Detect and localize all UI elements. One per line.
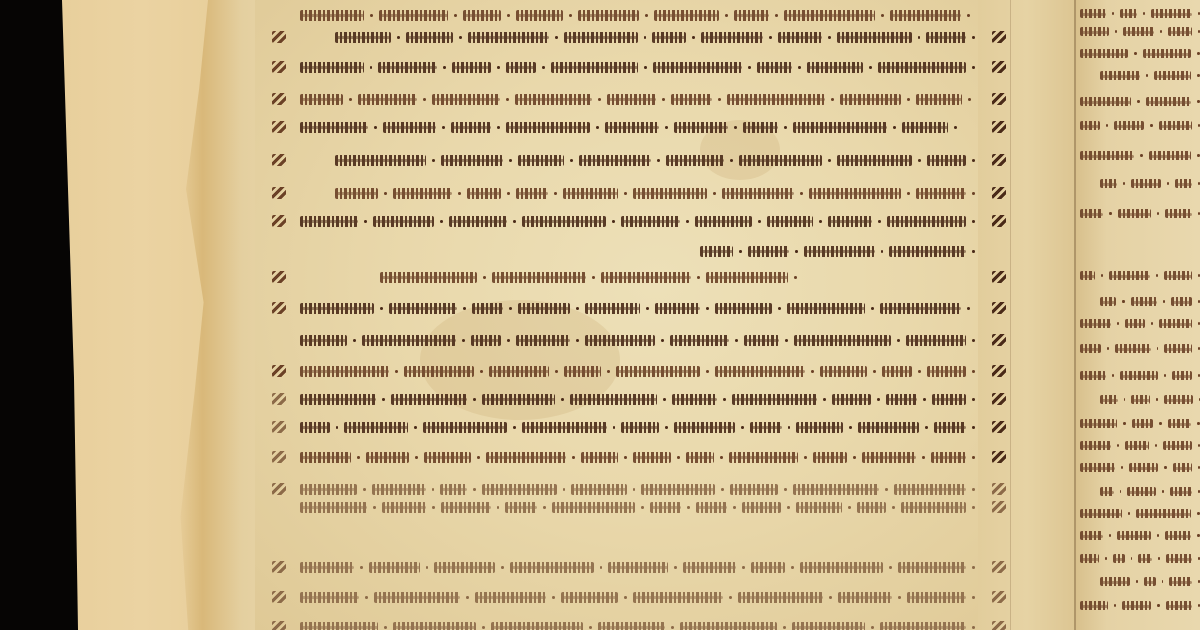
left-marginal-mark [272, 271, 286, 283]
script-line [300, 214, 975, 228]
marginal-letter [992, 501, 1006, 513]
script-line [300, 560, 975, 574]
script-line [1100, 68, 1200, 82]
script-line [380, 270, 820, 284]
script-line [1080, 148, 1200, 162]
script-line [1080, 341, 1200, 355]
left-marginal-mark [272, 61, 286, 73]
marginal-letter [992, 621, 1006, 630]
script-line [300, 590, 975, 604]
script-line [1080, 46, 1200, 60]
script-line [1080, 118, 1200, 132]
script-line [300, 301, 975, 315]
left-marginal-mark [272, 561, 286, 573]
marginal-letter [992, 215, 1006, 227]
script-line [300, 92, 975, 106]
marginal-letter [992, 451, 1006, 463]
script-line [700, 244, 975, 258]
marginal-letter [992, 302, 1006, 314]
marginal-letter [992, 365, 1006, 377]
left-marginal-mark [272, 121, 286, 133]
marginal-letter [992, 31, 1006, 43]
script-line [1080, 598, 1200, 612]
script-line [300, 420, 975, 434]
left-marginal-mark [272, 215, 286, 227]
marginal-letter [992, 271, 1006, 283]
manuscript-photo [0, 0, 1200, 630]
left-marginal-mark [272, 187, 286, 199]
script-line [1080, 460, 1200, 474]
script-line [1080, 94, 1200, 108]
marginal-letter [992, 121, 1006, 133]
script-line [300, 482, 975, 496]
left-marginal-mark [272, 393, 286, 405]
left-marginal-mark [272, 421, 286, 433]
left-marginal-mark [272, 302, 286, 314]
script-line [1100, 294, 1200, 308]
script-line [300, 392, 975, 406]
script-line [1080, 368, 1200, 382]
marginal-letter [992, 421, 1006, 433]
marginal-letter [992, 154, 1006, 166]
script-line [300, 364, 975, 378]
script-line [1100, 574, 1200, 588]
marginal-letter [992, 483, 1006, 495]
left-marginal-mark [272, 31, 286, 43]
script-line [1080, 6, 1200, 20]
script-line [1080, 24, 1200, 38]
left-marginal-mark [272, 154, 286, 166]
left-marginal-mark [272, 621, 286, 630]
marginal-letter [992, 93, 1006, 105]
ruling-line [1010, 0, 1011, 630]
marginal-letter [992, 561, 1006, 573]
script-line [1080, 528, 1200, 542]
script-line [300, 60, 975, 74]
left-marginal-mark [272, 483, 286, 495]
script-line [1100, 392, 1200, 406]
script-line [300, 8, 975, 22]
script-line [300, 120, 975, 134]
marginal-letter [992, 334, 1006, 346]
script-line [335, 186, 975, 200]
script-line [335, 153, 975, 167]
marginal-letter [992, 187, 1006, 199]
script-line [1080, 506, 1200, 520]
left-marginal-mark [272, 93, 286, 105]
script-line [335, 30, 975, 44]
marginal-letter [992, 591, 1006, 603]
left-marginal-mark [272, 591, 286, 603]
script-line [1080, 268, 1200, 282]
script-line [1080, 551, 1200, 565]
script-line [1080, 316, 1200, 330]
left-marginal-mark [272, 365, 286, 377]
left-marginal-mark [272, 451, 286, 463]
script-line [300, 333, 975, 347]
marginal-letter [992, 393, 1006, 405]
script-line [1100, 176, 1200, 190]
script-line [300, 620, 975, 630]
script-line [1080, 416, 1200, 430]
script-line [300, 450, 975, 464]
script-line [300, 500, 975, 514]
script-line [1100, 484, 1200, 498]
script-line [1080, 206, 1200, 220]
script-line [1080, 438, 1200, 452]
marginal-letter [992, 61, 1006, 73]
